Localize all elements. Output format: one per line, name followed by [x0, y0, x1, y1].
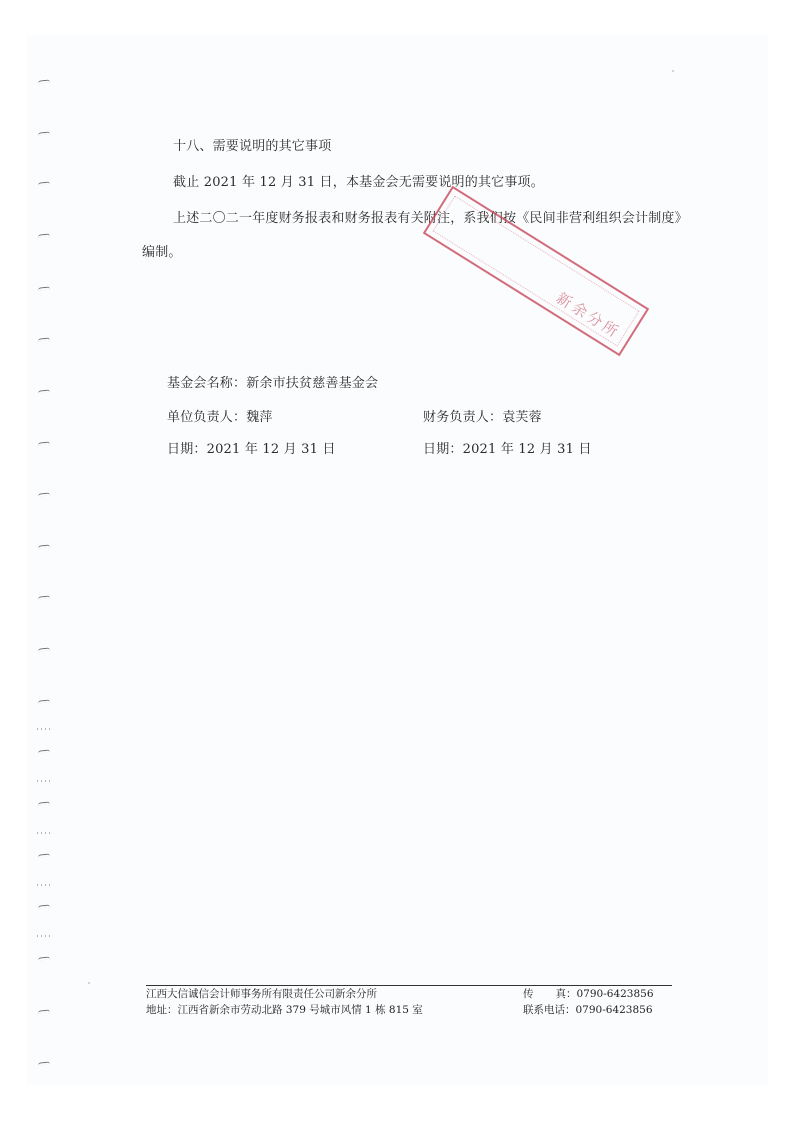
- fax-value: 0790-6423856: [577, 988, 654, 1000]
- binding-dots: [37, 832, 51, 834]
- address-value: 江西省新余市劳动北路 379 号城市风情 1 栋 815 室: [178, 1004, 423, 1016]
- footer-phone: 联系电话：0790-6423856: [523, 1004, 653, 1017]
- paragraph-3: 编制。: [142, 245, 182, 261]
- footer-fax: 传真：0790-6423856: [523, 988, 654, 1001]
- unit-head-label: 单位负责人：: [167, 410, 246, 425]
- foundation-name-row: 基金会名称：新余市扶贫慈善基金会: [167, 376, 378, 392]
- date-right: 2021 年 12 月 31 日: [463, 442, 592, 457]
- footer-divider: [146, 985, 672, 986]
- binding-dots: [37, 728, 51, 730]
- paragraph-1: 截止 2021 年 12 月 31 日，本基金会无需要说明的其它事项。: [173, 175, 544, 191]
- date-left: 2021 年 12 月 31 日: [207, 442, 336, 457]
- unit-head-name: 魏萍: [246, 410, 272, 425]
- binding-dots: [37, 884, 51, 886]
- date-right-label: 日期：: [423, 442, 463, 457]
- phone-value: 0790-6423856: [576, 1004, 653, 1016]
- binding-dots: [37, 780, 51, 782]
- date-left-label: 日期：: [167, 442, 207, 457]
- finance-head-name: 袁芙蓉: [502, 410, 542, 425]
- finance-head-label: 财务负责人：: [423, 410, 502, 425]
- date-right-row: 日期：2021 年 12 月 31 日: [423, 442, 592, 458]
- foundation-name: 新余市扶贫慈善基金会: [246, 376, 378, 391]
- scan-speck: [672, 70, 674, 72]
- fax-label-a: 传: [523, 988, 534, 1000]
- scan-speck: [88, 982, 90, 984]
- date-left-row: 日期：2021 年 12 月 31 日: [167, 442, 336, 458]
- fax-label-b: 真：: [556, 988, 577, 1000]
- section-heading: 十八、需要说明的其它事项: [173, 139, 331, 155]
- binding-dots: [37, 935, 51, 937]
- footer-address: 地址：江西省新余市劳动北路 379 号城市风情 1 栋 815 室: [146, 1004, 423, 1017]
- footer-firm-name: 江西大信诚信会计师事务所有限责任公司新余分所: [146, 988, 377, 1001]
- foundation-name-label: 基金会名称：: [167, 376, 246, 391]
- unit-head-row: 单位负责人：魏萍: [167, 410, 273, 426]
- scanned-page: [27, 35, 768, 1085]
- finance-head-row: 财务负责人：袁芙蓉: [423, 410, 542, 426]
- address-label: 地址：: [146, 1004, 178, 1016]
- phone-label: 联系电话：: [523, 1004, 576, 1016]
